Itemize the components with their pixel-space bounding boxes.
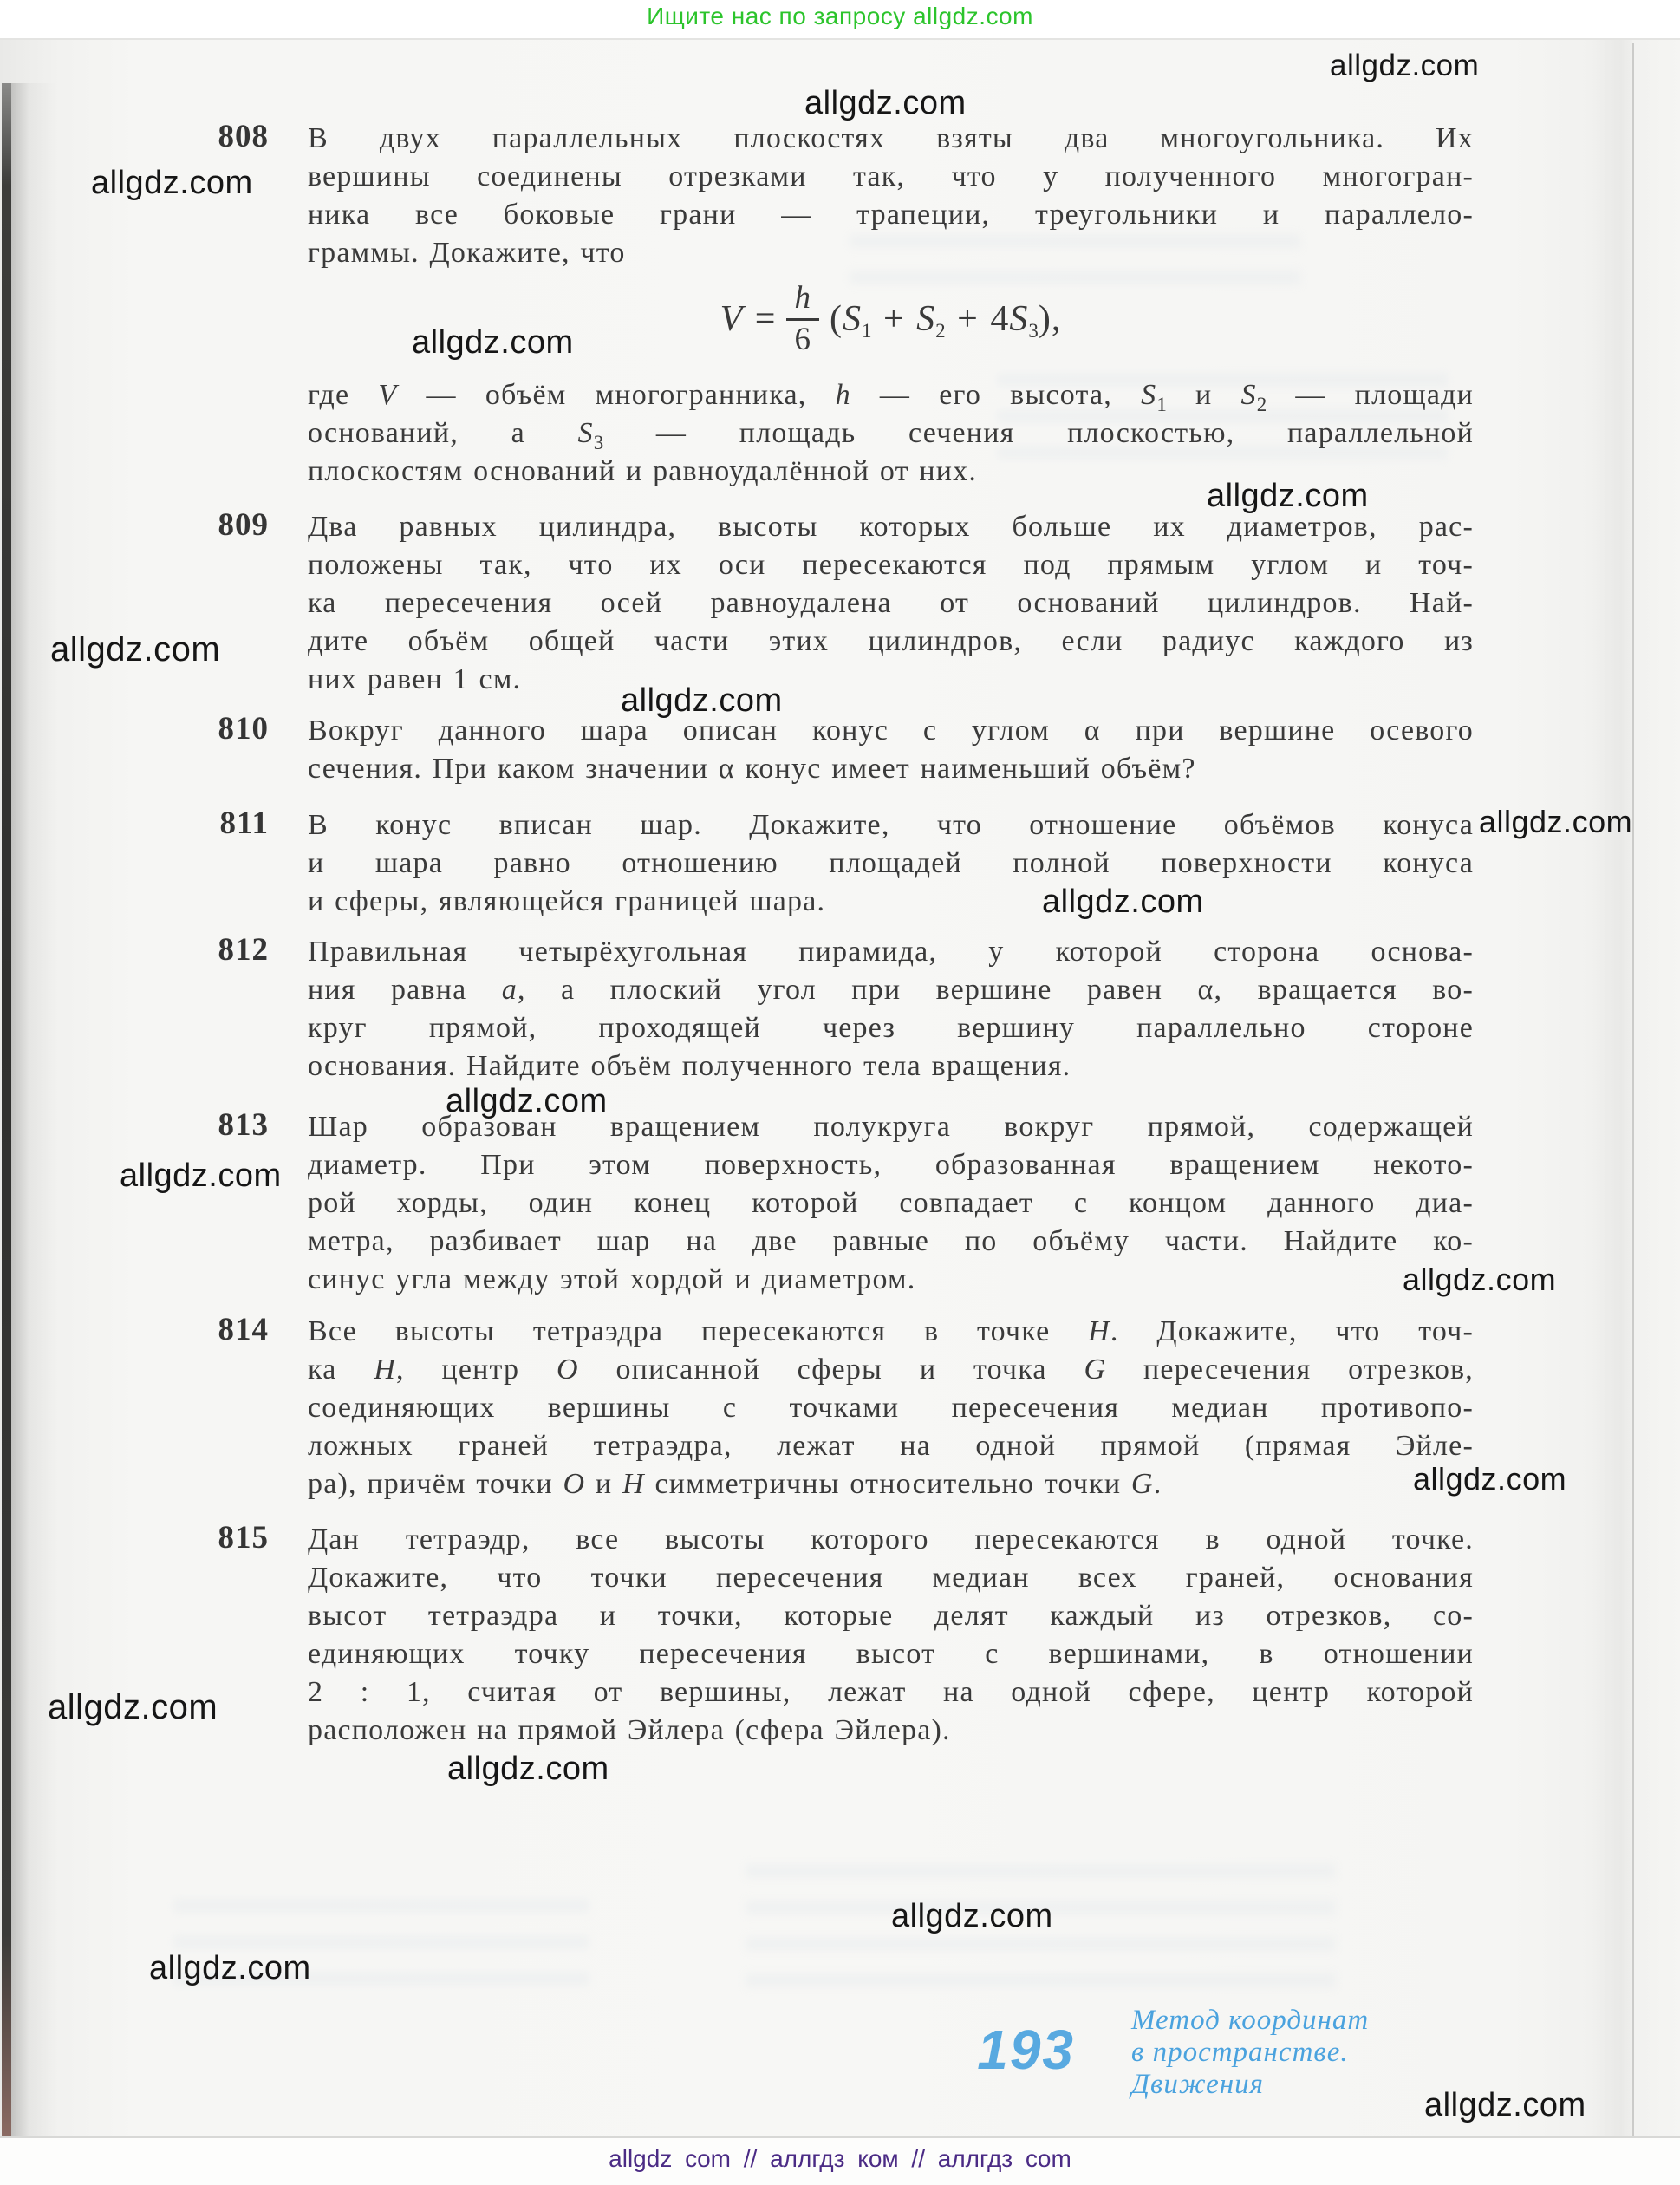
footer-watermark: allgdz com // аллгдз ком // аллгдз com bbox=[0, 2145, 1680, 2173]
problem-number: 812 bbox=[198, 931, 269, 969]
problem-number: 814 bbox=[198, 1311, 269, 1349]
formula-rhs: (S1 + S2 + 4S3), bbox=[830, 300, 1061, 338]
problem-number: 808 bbox=[198, 118, 269, 156]
text-line: 2 : 1, считая от вершины, лежат на одной… bbox=[308, 1673, 1474, 1712]
problem-text: Дан тетраэдр, все высоты которого пересе… bbox=[308, 1521, 1474, 1750]
text-line: соединяющих вершины с точками пересечени… bbox=[308, 1389, 1474, 1427]
problem-text: Все высоты тетраэдра пересекаются в точк… bbox=[308, 1313, 1474, 1503]
text-line: метра, разбивает шар на две равные по об… bbox=[308, 1223, 1474, 1261]
section-title-line: в пространстве. bbox=[1131, 2037, 1504, 2069]
allgdz-watermark: allgdz.com bbox=[120, 1158, 282, 1195]
volume-formula: V = h 6 (S1 + S2 + 4S3), bbox=[308, 267, 1474, 371]
page-number: 193 bbox=[923, 2012, 1075, 2088]
formula-lhs: V = bbox=[720, 300, 777, 338]
book-spine-shadow bbox=[2, 83, 11, 2140]
text-line: сечения. При каком значении α конус имее… bbox=[308, 750, 1474, 788]
page-right-curvature bbox=[1592, 40, 1632, 2136]
text-line: В конус вписан шар. Докажите, что отноше… bbox=[308, 806, 1474, 845]
problem-number: 809 bbox=[198, 506, 269, 545]
text-line: ра), причём точки O и H симметричны отно… bbox=[308, 1465, 1474, 1503]
text-line: диаметр. При этом поверхность, образован… bbox=[308, 1146, 1474, 1184]
text-line: единяющих точку пересечения высот с верш… bbox=[308, 1635, 1474, 1673]
text-line: ка H, центр O описанной сферы и точка G … bbox=[308, 1351, 1474, 1389]
allgdz-watermark: allgdz.com bbox=[804, 85, 967, 122]
page-right-edge-line bbox=[1632, 43, 1634, 2136]
text-line: оснований, а S3 — площадь сечения плоско… bbox=[308, 414, 1474, 453]
text-line: круг прямой, проходящей через вершину па… bbox=[308, 1009, 1474, 1047]
problem-text: В двух параллельных плоскостях взяты два… bbox=[308, 120, 1474, 491]
allgdz-watermark: allgdz.com bbox=[447, 1751, 609, 1788]
fraction-denominator: 6 bbox=[794, 321, 811, 357]
text-line: В двух параллельных плоскостях взяты два… bbox=[308, 120, 1474, 158]
text-line: них равен 1 см. bbox=[308, 661, 1474, 699]
fraction: h 6 bbox=[786, 282, 819, 357]
section-title-line: Движения bbox=[1131, 2069, 1504, 2101]
allgdz-watermark: allgdz.com bbox=[50, 630, 220, 669]
text-line: основания. Найдите объём полученного тел… bbox=[308, 1047, 1474, 1086]
text-line: вершины соединены отрезками так, что у п… bbox=[308, 158, 1474, 196]
text-line: Все высоты тетраэдра пересекаются в точк… bbox=[308, 1313, 1474, 1351]
problem-text: Вокруг данного шара описан конус с углом… bbox=[308, 712, 1474, 788]
allgdz-watermark: allgdz.com bbox=[1330, 49, 1479, 83]
text-line: дите объём общей части этих цилиндров, е… bbox=[308, 623, 1474, 661]
text-line: ка пересечения осей равноудалена от осно… bbox=[308, 584, 1474, 623]
text-line: Шар образован вращением полукруга вокруг… bbox=[308, 1108, 1474, 1146]
problem-number: 810 bbox=[198, 710, 269, 748]
fraction-numerator: h bbox=[786, 282, 819, 321]
text-line: ния равна a, а плоский угол при вершине … bbox=[308, 971, 1474, 1009]
text-line: плоскостям оснований и равноудалённой от… bbox=[308, 453, 1474, 491]
text-line: рой хорды, один конец которой совпадает … bbox=[308, 1184, 1474, 1223]
allgdz-watermark: allgdz.com bbox=[891, 1898, 1053, 1935]
text-line: синус угла между этой хордой и диаметром… bbox=[308, 1261, 1474, 1299]
problem-text: Правильная четырёхугольная пирамида, у к… bbox=[308, 933, 1474, 1086]
text-line: Правильная четырёхугольная пирамида, у к… bbox=[308, 933, 1474, 971]
page-top-edge bbox=[0, 38, 1680, 40]
section-title-line: Метод координат bbox=[1131, 2005, 1504, 2037]
text-line: Докажите, что точки пересечения медиан в… bbox=[308, 1559, 1474, 1597]
problem-text: В конус вписан шар. Докажите, что отноше… bbox=[308, 806, 1474, 921]
text-line: расположен на прямой Эйлера (сфера Эйлер… bbox=[308, 1712, 1474, 1750]
problem-text: Два равных цилиндра, высоты которых боль… bbox=[308, 508, 1474, 699]
problem-text: Шар образован вращением полукруга вокруг… bbox=[308, 1108, 1474, 1299]
text-line: ложных граней тетраэдра, лежат на одной … bbox=[308, 1427, 1474, 1465]
text-line: и шара равно отношению площадей полной п… bbox=[308, 845, 1474, 883]
allgdz-watermark: allgdz.com bbox=[91, 165, 253, 202]
allgdz-watermark: allgdz.com bbox=[48, 1688, 218, 1727]
text-line: и сферы, являющейся границей шара. bbox=[308, 883, 1474, 921]
section-title: Метод координат в пространстве. Движения bbox=[1131, 2005, 1504, 2101]
problem-number: 811 bbox=[198, 805, 269, 843]
text-line: Вокруг данного шара описан конус с углом… bbox=[308, 712, 1474, 750]
text-line: Два равных цилиндра, высоты которых боль… bbox=[308, 508, 1474, 546]
text-line: где V — объём многогранника, h — его выс… bbox=[308, 376, 1474, 414]
text-line: ника все боковые грани — трапеции, треуг… bbox=[308, 196, 1474, 234]
top-banner-watermark: Ищите нас по запросу allgdz.com bbox=[0, 3, 1680, 30]
problem-number: 813 bbox=[198, 1106, 269, 1145]
text-line: высот тетраэдра и точки, которые делят к… bbox=[308, 1597, 1474, 1635]
text-line: Дан тетраэдр, все высоты которого пересе… bbox=[308, 1521, 1474, 1559]
allgdz-watermark: allgdz.com bbox=[1479, 804, 1632, 840]
book-gutter-shadow bbox=[11, 83, 56, 2140]
text-line: положены так, что их оси пересекаются по… bbox=[308, 546, 1474, 584]
problem-number: 815 bbox=[198, 1519, 269, 1557]
allgdz-watermark: allgdz.com bbox=[149, 1950, 311, 1987]
